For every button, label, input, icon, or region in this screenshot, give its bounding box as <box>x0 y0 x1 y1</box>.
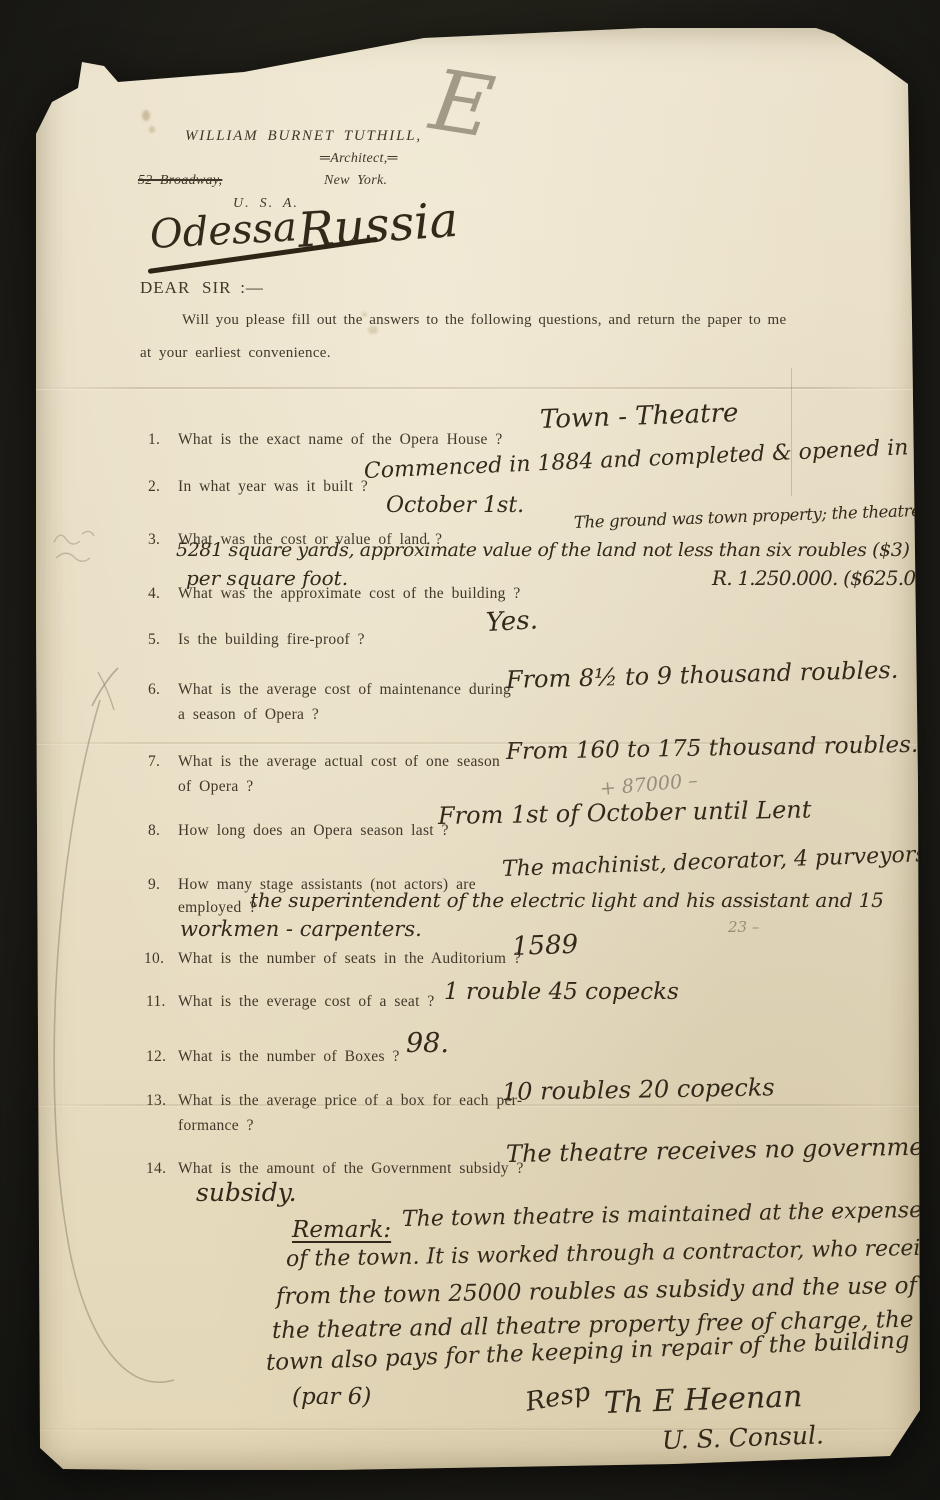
question-11-answer: 1 rouble 45 copecks <box>444 980 679 1004</box>
question-7-pencil-note: + 87000 – <box>599 770 698 800</box>
question-2-number: 2. <box>148 478 160 496</box>
question-9-answer: the superintendent of the electric light… <box>250 890 884 911</box>
question-13-text: What is the average price of a box for e… <box>178 1092 522 1110</box>
question-6-answer: From 8½ to 9 thousand roubles. <box>506 658 899 693</box>
pencil-arc <box>54 700 174 1382</box>
scanned-document-page: { "colors": { "background": "#21201c", "… <box>0 0 940 1500</box>
signature-name: Th E Heenan <box>603 1381 802 1419</box>
question-8-answer: From 1st of October until Lent <box>438 797 812 829</box>
pencil-cross-mark <box>98 672 114 710</box>
remark-line: (par 6) <box>292 1385 371 1409</box>
question-6-number: 6. <box>148 681 160 699</box>
question-13-text: formance ? <box>178 1117 254 1135</box>
question-13-answer: 10 roubles 20 copecks <box>502 1075 775 1105</box>
question-9-answer: workmen - carpenters. <box>180 918 422 940</box>
question-4-answer: R. 1.250.000. ($625.000.) <box>712 568 940 589</box>
fold-line-top <box>34 387 920 389</box>
intro-line-1: Will you please fill out the answers to … <box>182 312 787 329</box>
question-9-text: employed ? <box>178 899 256 917</box>
letterhead-address: 52 Broadway, <box>138 173 222 189</box>
question-8-number: 8. <box>148 822 160 840</box>
pencil-letter-mark: E <box>424 51 500 157</box>
pencil-cross-mark <box>92 668 118 706</box>
paper-stain <box>149 126 155 133</box>
question-5-number: 5. <box>148 631 160 649</box>
question-9-answer: The machinist, decorator, 4 purveyors, <box>502 843 934 881</box>
question-12-text: What is the number of Boxes ? <box>178 1048 400 1066</box>
remark-label: Remark: <box>292 1218 391 1242</box>
question-14-answer: The theatre receives no government <box>506 1134 940 1167</box>
question-3-answer: The ground was town property; the theatr… <box>574 499 940 531</box>
letterhead-city: New York. <box>324 173 387 189</box>
question-9-pencil-note: 23 – <box>728 918 759 936</box>
letterhead-title: ═Architect,═ <box>320 151 398 167</box>
paper-sheet: E WILLIAM BURNET TUTHILL, ═Architect,═ 5… <box>34 22 920 1470</box>
question-12-answer: 98. <box>406 1030 449 1058</box>
question-4-text: What was the approximate cost of the bui… <box>178 585 521 603</box>
question-6-text: a season of Opera ? <box>178 706 319 724</box>
question-7-text: of Opera ? <box>178 778 253 796</box>
question-1-number: 1. <box>148 431 160 449</box>
question-5-text: Is the building fire-proof ? <box>178 631 365 649</box>
handwritten-city: Odessa <box>149 206 298 256</box>
question-1-text: What is the exact name of the Opera Hous… <box>178 431 503 449</box>
question-7-text: What is the average actual cost of one s… <box>178 753 500 771</box>
question-9-number: 9. <box>148 876 160 894</box>
question-7-answer: From 160 to 175 thousand roubles. <box>506 733 919 764</box>
question-4-number: 4. <box>148 585 160 603</box>
question-2-text: In what year was it built ? <box>178 478 368 496</box>
question-3-number: 3. <box>148 531 160 549</box>
question-5-answer: Yes. <box>485 607 538 637</box>
signature-title: U. S. Consul. <box>662 1422 825 1454</box>
question-14-answer: subsidy. <box>196 1180 297 1206</box>
question-10-answer: 1589 <box>512 932 579 962</box>
question-11-text: What is the everage cost of a seat ? <box>178 993 435 1011</box>
question-10-text: What is the number of seats in the Audit… <box>178 950 521 968</box>
signature-respectfully: Resp <box>524 1379 593 1417</box>
intro-line-2: at your earliest convenience. <box>140 345 331 362</box>
question-14-text: What is the amount of the Government sub… <box>178 1160 524 1178</box>
remark-line: from the town 25000 roubles as subsidy a… <box>276 1274 917 1309</box>
question-3-answer: 5281 square yards, approximate value of … <box>176 541 909 561</box>
dear-label: DEAR <box>140 278 190 298</box>
remark-line: The town theatre is maintained at the ex… <box>402 1199 923 1231</box>
sir-label: SIR :— <box>202 278 264 298</box>
question-2-answer: October 1st. <box>386 494 524 517</box>
question-7-number: 7. <box>148 753 160 771</box>
question-6-text: What is the average cost of maintenance … <box>178 681 511 699</box>
question-11-number: 11. <box>146 993 166 1011</box>
question-8-text: How long does an Opera season last ? <box>178 822 449 840</box>
question-12-number: 12. <box>146 1048 166 1066</box>
question-13-number: 13. <box>146 1092 166 1110</box>
letterhead-name: WILLIAM BURNET TUTHILL, <box>185 128 422 145</box>
pencil-margin-scribble <box>54 531 94 561</box>
question-10-number: 10. <box>144 950 164 968</box>
question-1-answer: Town - Theatre <box>540 400 739 434</box>
question-14-number: 14. <box>146 1160 166 1178</box>
paper-stain <box>142 110 150 121</box>
vertical-crease <box>791 368 792 496</box>
